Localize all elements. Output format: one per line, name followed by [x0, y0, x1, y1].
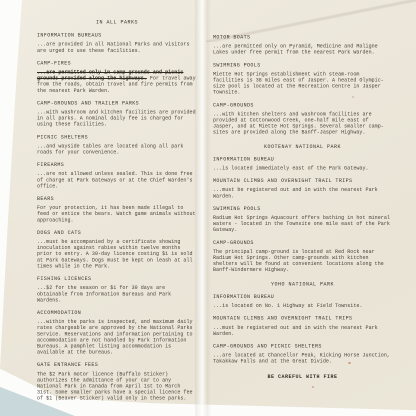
section-camp-grounds-jasper: CAMP-GROUNDS ...with kitchen shelters an… — [213, 103, 392, 137]
section-body: ...with washroom and kitchen facilities … — [37, 110, 197, 128]
section-body: Radium Hot Springs Aquacourt offers bath… — [213, 216, 392, 234]
section-motor-boats: MOTOR BOATS ...are permitted only on Pyr… — [213, 35, 392, 56]
paper-fold-line — [195, 0, 211, 416]
section-information-bureaus: INFORMATION BUREAUS ...are provided in a… — [37, 33, 197, 54]
section-firearms: FIREARMS ...are not allowed unless seale… — [37, 163, 197, 190]
section-body: For your protection, it has been made il… — [37, 206, 197, 224]
section-body: Miette Hot Springs establishment with st… — [213, 72, 392, 96]
section-body: ...must be registered out and in with th… — [213, 325, 392, 337]
section-heading: CAMP-GROUNDS AND TRAILER PARKS — [37, 101, 197, 107]
section-body: ...with kitchen shelters and washroom fa… — [213, 112, 392, 136]
section-body: ...are not allowed unless sealed. This i… — [37, 172, 197, 190]
left-column: IN ALL PARKS INFORMATION BUREAUS ...are … — [37, 20, 197, 402]
section-body: ...are located at Chancellor Peak, Kicki… — [213, 353, 392, 365]
section-heading: INFORMATION BUREAU — [213, 294, 392, 300]
section-body: ...$2 for the season or $1 for 30 days a… — [37, 286, 197, 304]
section-body: The principal camp-ground is located at … — [213, 249, 392, 273]
section-camp-fires: CAMP-FIRES ...are permitted only in camp… — [37, 61, 197, 95]
scanned-brochure-page: IN ALL PARKS INFORMATION BUREAUS ...are … — [0, 0, 416, 416]
page-title: IN ALL PARKS — [37, 20, 197, 26]
section-heading: CAMP-GROUNDS — [213, 103, 392, 109]
section-body: The $2 Park motor licence (Buffalo Stick… — [37, 372, 197, 403]
section-heading: PICNIC SHELTERS — [37, 135, 197, 141]
section-heading: CAMP-GROUNDS — [213, 240, 392, 246]
section-heading: GATE ENTRANCE FEES — [37, 363, 197, 369]
section-camp-grounds-kootenay: CAMP-GROUNDS The principal camp-ground i… — [213, 240, 392, 274]
section-heading: FISHING LICENCES — [37, 277, 197, 283]
section-information-bureau-yoho: INFORMATION BUREAU ...is located on No. … — [213, 294, 392, 309]
fire-warning: BE CAREFUL WITH FIRE — [213, 374, 392, 380]
section-swimming-pools-kootenay: SWIMMING POOLS Radium Hot Springs Aquaco… — [213, 206, 392, 233]
section-body: ...must be registered out and in with th… — [213, 188, 392, 200]
section-heading: DOGS AND CATS — [37, 230, 197, 236]
section-dogs-and-cats: DOGS AND CATS ...must be accompanied by … — [37, 230, 197, 270]
section-body: ...is located immediately east of the Pa… — [213, 166, 392, 172]
section-gate-entrance-fees: GATE ENTRANCE FEES The $2 Park motor lic… — [37, 363, 197, 403]
paper-speck — [312, 386, 314, 388]
section-body: ...are provided in all National Parks an… — [37, 42, 197, 54]
section-heading: INFORMATION BUREAUS — [37, 33, 197, 39]
section-picnic-shelters: PICNIC SHELTERS ...and wayside tables ar… — [37, 135, 197, 156]
section-body: ...must be accompanied by a certificate … — [37, 240, 197, 271]
park-heading-kootenay: KOOTENAY NATIONAL PARK — [213, 144, 392, 150]
section-body: ...within the parks is inspected, and ma… — [37, 320, 197, 357]
section-heading: SWIMMING POOLS — [213, 206, 392, 212]
section-heading: INFORMATION BUREAU — [213, 157, 392, 163]
section-heading: ACCOMMODATION — [37, 310, 197, 316]
section-body: ...are permitted only on Pyramid, Medici… — [213, 44, 392, 56]
section-heading: CAMP-FIRES — [37, 61, 197, 67]
right-column: MOTOR BOATS ...are permitted only on Pyr… — [213, 35, 392, 380]
section-heading: MOUNTAIN CLIMBS AND OVERNIGHT TRAIL TRIP… — [213, 316, 392, 322]
section-body: ...are permitted only in camp-grounds an… — [37, 70, 197, 94]
section-mountain-climbs-yoho: MOUNTAIN CLIMBS AND OVERNIGHT TRAIL TRIP… — [213, 316, 392, 337]
section-camp-grounds-trailer-parks: CAMP-GROUNDS AND TRAILER PARKS ...with w… — [37, 101, 197, 128]
section-heading: BEARS — [37, 197, 197, 203]
section-heading: CAMP-GROUNDS AND PICNIC SHELTERS — [213, 344, 392, 350]
section-body: ...and wayside tables are located along … — [37, 144, 197, 156]
section-heading: MOUNTAIN CLIMBS AND OVERNIGHT TRAIL TRIP… — [213, 179, 392, 185]
park-heading-yoho: YOHO NATIONAL PARK — [213, 282, 392, 288]
section-heading: MOTOR BOATS — [213, 35, 392, 41]
section-fishing-licences: FISHING LICENCES ...$2 for the season or… — [37, 277, 197, 304]
section-camp-grounds-picnic-shelters-yoho: CAMP-GROUNDS AND PICNIC SHELTERS ...are … — [213, 344, 392, 365]
section-information-bureau-kootenay: INFORMATION BUREAU ...is located immedia… — [213, 157, 392, 172]
section-bears: BEARS For your protection, it has been m… — [37, 197, 197, 224]
section-heading: SWIMMING POOLS — [213, 63, 392, 69]
section-swimming-pools-jasper: SWIMMING POOLS Miette Hot Springs establ… — [213, 63, 392, 97]
section-mountain-climbs-kootenay: MOUNTAIN CLIMBS AND OVERNIGHT TRAIL TRIP… — [213, 179, 392, 200]
section-accommodation: ACCOMMODATION ...within the parks is ins… — [37, 310, 197, 356]
section-body: ...is located on No. 1 Highway at Field … — [213, 304, 392, 310]
section-heading: FIREARMS — [37, 163, 197, 169]
